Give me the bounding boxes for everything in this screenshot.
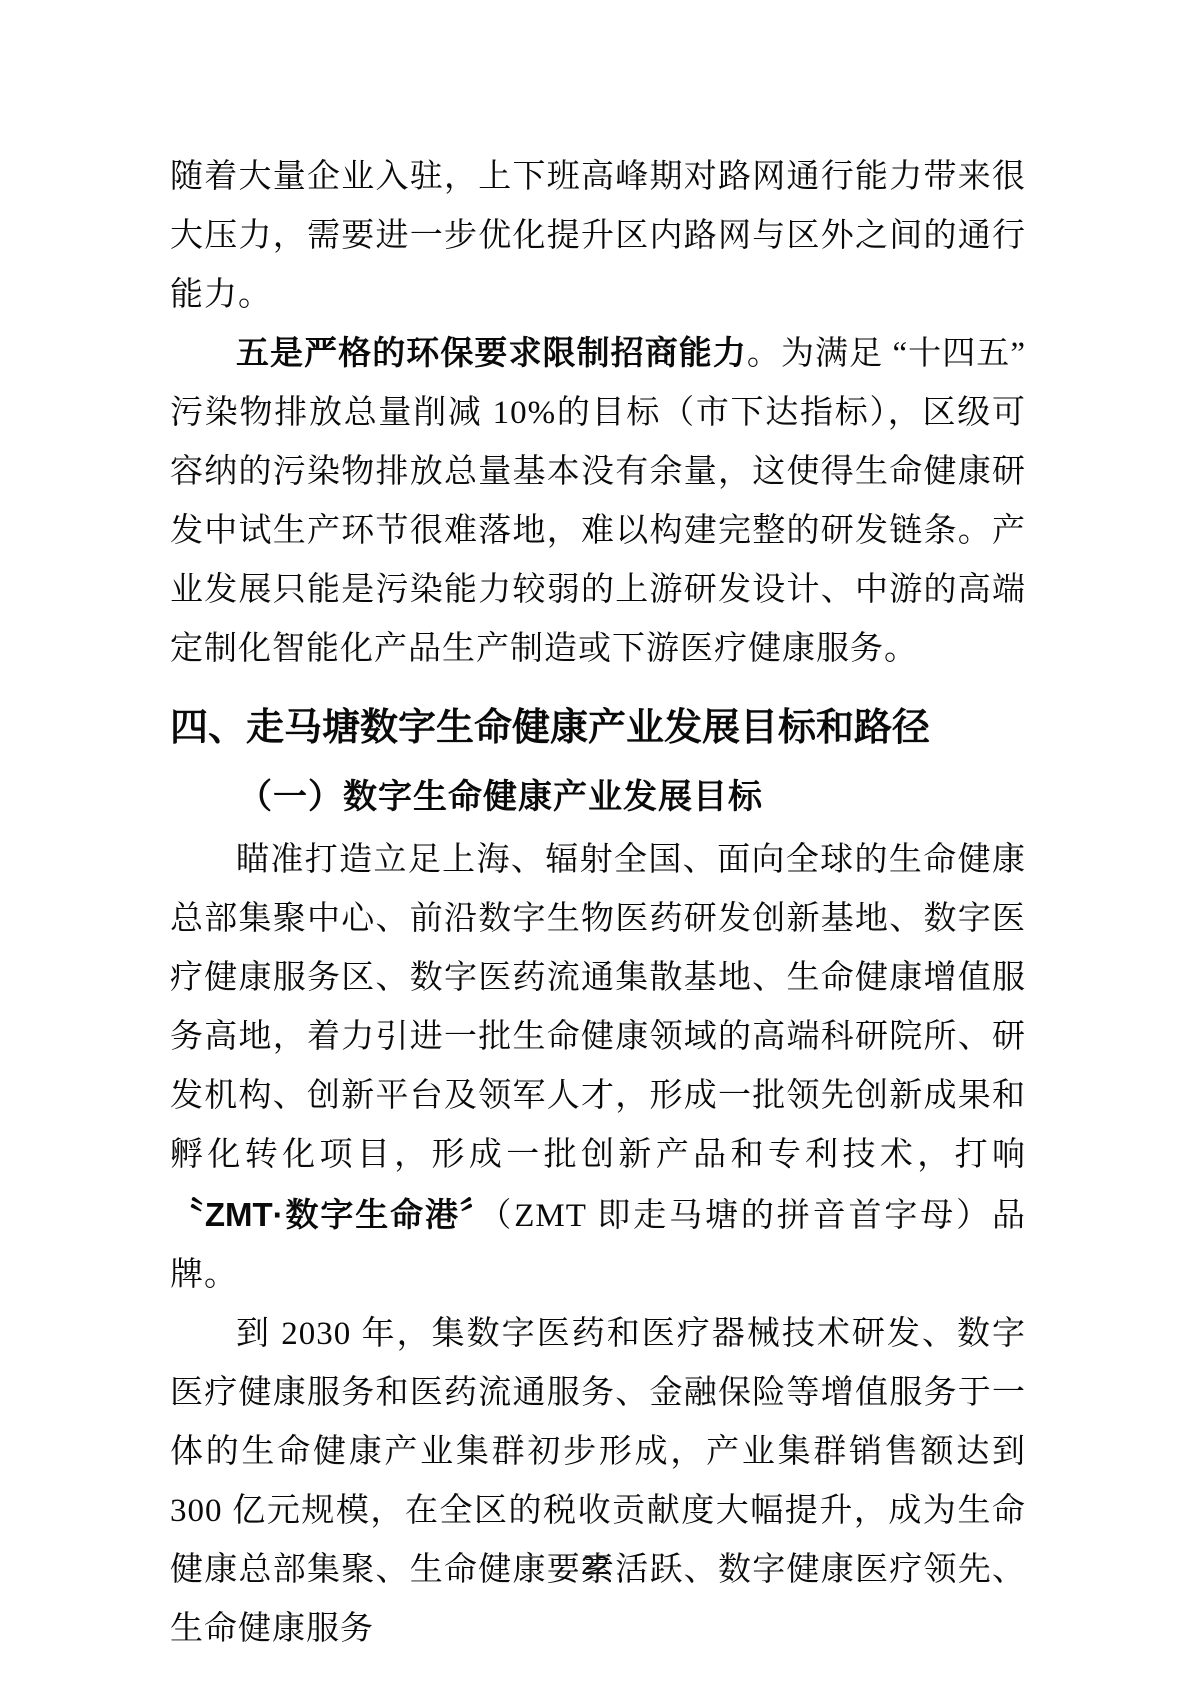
paragraph-road-network: 随着大量企业入驻，上下班高峰期对路网通行能力带来很大压力，需要进一步优化提升区内… [170,148,1026,325]
text-run-bold: 五是严格的环保要求限制招商能力 [236,336,747,372]
paragraph-development-goals: 瞄准打造立足上海、辐射全国、面向全球的生命健康总部集聚中心、前沿数字生物医药研发… [170,831,1026,1305]
document-body: 随着大量企业入驻，上下班高峰期对路网通行能力带来很大压力，需要进一步优化提升区内… [170,148,1026,1659]
text-run-bold: （一）数字生命健康产业发展目标 [238,779,763,816]
text-run-brand: 〝ZMT·数字生命港〞 [170,1196,495,1233]
section-heading-4: 四、走马塘数字生命健康产业发展目标和路径 [170,699,1026,758]
text-run-regular: 到 2030 年，集数字医药和医疗器械技术研发、数字医疗健康服务和医药流通服务、… [170,1316,1026,1647]
text-run-bold: 四、走马塘数字生命健康产业发展目标和路径 [170,707,930,749]
text-run-regular: 随着大量企业入驻，上下班高峰期对路网通行能力带来很大压力，需要进一步优化提升区内… [170,159,1026,313]
paragraph-2030-targets: 到 2030 年，集数字医药和医疗器械技术研发、数字医疗健康服务和医药流通服务、… [170,1305,1026,1659]
text-run-regular: 瞄准打造立足上海、辐射全国、面向全球的生命健康总部集聚中心、前沿数字生物医药研发… [170,842,1026,1173]
page-number: 22 [0,1552,1190,1581]
document-page: 随着大量企业入驻，上下班高峰期对路网通行能力带来很大压力，需要进一步优化提升区内… [0,0,1190,1682]
paragraph-environmental-limits: 五是严格的环保要求限制招商能力。为满足 “十四五”污染物排放总量削减 10%的目… [170,325,1026,679]
subsection-heading-1: （一）数字生命健康产业发展目标 [170,768,1026,827]
text-run-regular: 。为满足 “十四五”污染物排放总量削减 10%的目标（市下达指标），区级可容纳的… [170,336,1026,667]
